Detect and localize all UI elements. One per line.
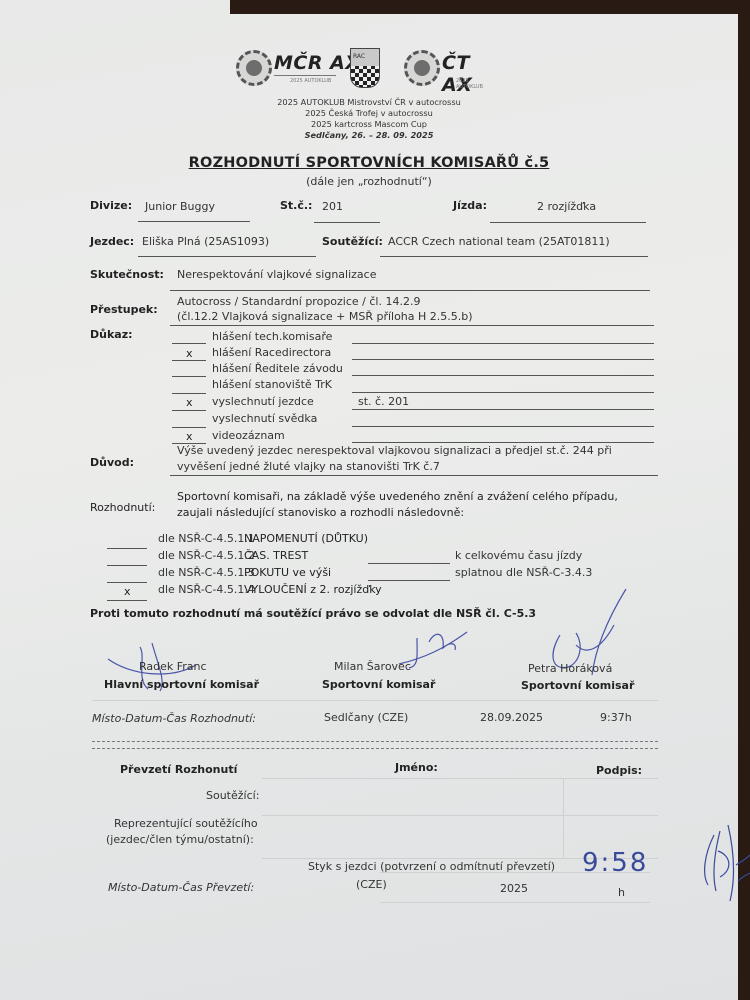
checkbox-line <box>172 343 206 344</box>
dukaz-checkbox[interactable]: x <box>186 347 193 360</box>
signatory-name: Petra Horáková <box>528 662 612 675</box>
receipt-contact-note: Styk s jezdci (potvrzení o odmítnutí pře… <box>308 860 555 873</box>
event-place-dates: Sedlčany, 26. – 28. 09. 2025 <box>0 130 738 140</box>
soutezici-value: ACCR Czech national team (25AT01811) <box>388 235 610 248</box>
penalty-name: POKUTU ve výši <box>244 566 331 579</box>
penalty-name: ČAS. TREST <box>244 549 308 562</box>
checkbox-line <box>172 376 206 377</box>
checkbox-line <box>107 582 147 583</box>
background-surface <box>230 0 750 14</box>
checkbox-line <box>107 565 147 566</box>
rozhodnuti-line-2: zaujali následující stanovisko a rozhodl… <box>177 506 464 519</box>
section-separator <box>92 741 658 749</box>
receipt-rep-label-2: (jezdec/člen týmu/ostatní): <box>106 833 254 846</box>
checkbox-line <box>172 360 206 361</box>
logo-row: MČR AX 2025 AUTOKLUB RAC ČT AX 2025 AUTO… <box>232 44 492 90</box>
skutecnost-underline <box>170 290 650 291</box>
divize-label: Divize: <box>90 199 132 212</box>
dukaz-item-label: hlášení stanoviště TrK <box>212 378 332 391</box>
receipt-soutezici-name-field[interactable] <box>300 808 550 809</box>
prestupek-underline <box>170 325 654 326</box>
decision-time: 9:37h <box>600 711 632 724</box>
soutezici-label: Soutěžící: <box>322 235 383 248</box>
dukaz-item-label: vyslechnutí svědka <box>212 412 317 425</box>
page-title: ROZHODNUTÍ SPORTOVNÍCH KOMISAŘŮ č.5 <box>0 155 738 171</box>
handwritten-time: 9:58 <box>582 848 648 878</box>
dukaz-note-line <box>352 442 654 443</box>
duvod-underline <box>170 475 658 476</box>
dukaz-checkbox[interactable]: x <box>186 430 193 443</box>
receipt-signature-header: Podpis: <box>596 764 642 777</box>
penalty-rule: dle NSŘ-C-4.5.1.3 <box>158 566 255 579</box>
jizda-underline <box>490 222 646 223</box>
event-line-3: 2025 kartcross Mascom Cup <box>0 119 738 130</box>
skutecnost-value: Nerespektování vlajkové signalizace <box>177 268 376 281</box>
table-gridline <box>262 815 658 816</box>
appeal-notice: Proti tomuto rozhodnutí má soutěžící prá… <box>90 607 536 620</box>
signatory-role: Hlavní sportovní komisař <box>104 678 259 691</box>
dukaz-note-line <box>352 426 654 427</box>
event-line-1: 2025 AUTOKLUB Mistrovství ČR v autocross… <box>0 97 738 108</box>
logo-underline <box>274 75 336 76</box>
mcr-ax-emblem-icon <box>236 50 272 86</box>
stc-value: 201 <box>322 200 343 213</box>
mcr-ax-logo: MČR AX <box>274 52 360 74</box>
checkbox-line <box>172 410 206 411</box>
dukaz-item-label: hlášení Ředitele závodu <box>212 362 343 375</box>
penalty-suffix: k celkovému času jízdy <box>455 549 582 562</box>
divize-underline <box>138 221 250 222</box>
receipt-place: (CZE) <box>356 878 387 891</box>
jizda-value: 2 rozjížďka <box>537 200 596 213</box>
rac-sedlcany-logo-icon: RAC <box>350 48 380 88</box>
decision-date: 28.09.2025 <box>480 711 543 724</box>
prestupek-line-2: (čl.12.2 Vlajková signalizace + MSŘ příl… <box>177 310 473 323</box>
table-gridline <box>262 778 658 779</box>
jezdec-underline <box>138 256 316 257</box>
penalty-name: VYLOUČENÍ z 2. rozjížďky <box>244 583 382 596</box>
decision-meta-label: Místo-Datum-Čas Rozhodnutí: <box>92 712 256 725</box>
checkbox-line <box>172 393 206 394</box>
penalty-checkbox[interactable]: x <box>124 585 131 598</box>
table-gridline <box>380 902 650 903</box>
dukaz-item-label: hlášení Racedirectora <box>212 346 331 359</box>
penalty-name: NAPOMENUTÍ (DŮTKU) <box>244 532 368 545</box>
duvod-label: Důvod: <box>90 456 134 469</box>
penalty-amount-line[interactable] <box>368 580 450 581</box>
checkbox-line <box>107 600 147 601</box>
dukaz-note-line <box>352 375 654 376</box>
receipt-hour-suffix: h <box>618 886 625 899</box>
receipt-year: 2025 <box>500 882 528 895</box>
dukaz-item-label: vyslechnutí jezdce <box>212 395 314 408</box>
stc-underline <box>314 222 380 223</box>
dukaz-label: Důkaz: <box>90 328 133 341</box>
jezdec-label: Jezdec: <box>90 235 134 248</box>
signatory-role: Sportovní komisař <box>322 678 435 691</box>
penalty-rule: dle NSŘ-C-4.5.1.2 <box>158 549 255 562</box>
rozhodnuti-label: Rozhodnutí: <box>90 501 155 514</box>
receipt-meta-label: Místo-Datum-Čas Převzetí: <box>108 881 254 894</box>
soutezici-underline <box>380 256 648 257</box>
signatory-role: Sportovní komisař <box>521 679 634 692</box>
checkbox-line <box>107 548 147 549</box>
event-line-2: 2025 Česká Trofej v autocrossu <box>0 108 738 119</box>
mcr-ax-logo-sub: 2025 AUTOKLUB <box>290 78 331 84</box>
receipt-title: Převzetí Rozhonutí <box>120 763 237 776</box>
page-subtitle: (dále jen „rozhodnutí“) <box>0 175 738 188</box>
penalty-amount-line[interactable] <box>368 563 450 564</box>
dukaz-note-line <box>352 392 654 393</box>
receipt-name-header: Jméno: <box>395 761 438 774</box>
signatory-name: Radek Franc <box>139 660 207 673</box>
dukaz-item-label: hlášení tech.komisaře <box>212 330 332 343</box>
receipt-rep-label-1: Reprezentující soutěžícího <box>114 817 258 830</box>
penalty-rule: dle NSŘ-C-4.5.1.4 <box>158 583 255 596</box>
jezdec-value: Eliška Plná (25AS1093) <box>142 235 269 248</box>
checkbox-line <box>172 427 206 428</box>
ct-ax-emblem-icon <box>404 50 440 86</box>
dukaz-note-line <box>352 343 654 344</box>
dukaz-checkbox[interactable]: x <box>186 396 193 409</box>
table-gridline <box>92 700 658 701</box>
duvod-line-1: Výše uvedený jezdec nerespektoval vlajko… <box>177 444 612 457</box>
prestupek-label: Přestupek: <box>90 303 158 316</box>
rozhodnuti-line-1: Sportovní komisaři, na základě výše uved… <box>177 490 618 503</box>
duvod-line-2: vyvěšení jedné žluté vlajky na stanovišt… <box>177 460 440 473</box>
dukaz-item-note: st. č. 201 <box>358 395 409 408</box>
jizda-label: Jízda: <box>453 199 487 212</box>
stc-label: St.č.: <box>280 199 312 212</box>
event-header: 2025 AUTOKLUB Mistrovství ČR v autocross… <box>0 97 738 140</box>
ct-ax-logo-sub: 2025 AUTOKLUB <box>456 78 492 90</box>
dukaz-note-line <box>352 409 654 410</box>
receipt-soutezici-label: Soutěžící: <box>206 789 259 802</box>
signatory-name: Milan Šarovec <box>334 660 411 673</box>
penalty-suffix: splatnou dle NSŘ-C-3.4.3 <box>455 566 592 579</box>
dukaz-note-line <box>352 359 654 360</box>
skutecnost-label: Skutečnost: <box>90 268 164 281</box>
prestupek-line-1: Autocross / Standardní propozice / čl. 1… <box>177 295 420 308</box>
table-gridline <box>563 778 564 858</box>
penalty-rule: dle NSŘ-C-4.5.1.1 <box>158 532 255 545</box>
dukaz-item-label: videozáznam <box>212 429 285 442</box>
divize-value: Junior Buggy <box>145 200 215 213</box>
decision-place: Sedlčany (CZE) <box>324 711 408 724</box>
